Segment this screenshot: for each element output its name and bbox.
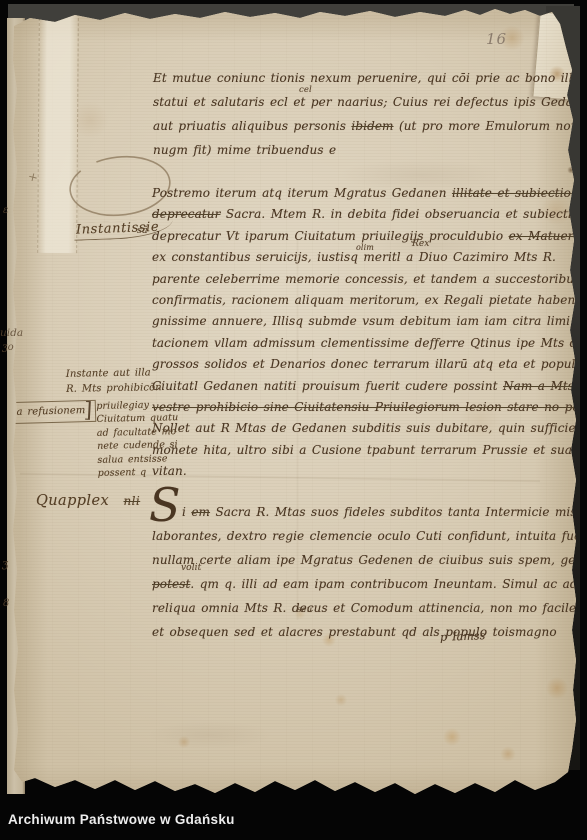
edge-text-fragment: ʒo <box>2 342 14 353</box>
manuscript-line: aut priuatis aliquibus personis ibidem (… <box>153 114 587 138</box>
interlinear-insertion: Rex <box>412 239 429 249</box>
line-segment: i <box>182 505 191 519</box>
strikethrough-text: nli <box>124 494 141 508</box>
manuscript-line: et obsequen sed et alacres prestabunt qd… <box>152 620 587 644</box>
line-segment: . qm q. illi ad eam ipam contribucom Ine… <box>190 577 577 591</box>
strikethrough-text: em <box>191 505 210 519</box>
margin-note-line: R. Mts prohibicōn <box>66 380 162 397</box>
line-segment: Sacra. Mtem R. in debita fidei obseruanc… <box>220 207 587 221</box>
margin-note-privileges: priuilegiay Ciuitatum quatu ad facultate… <box>96 398 179 480</box>
edge-text-fragment: 8 <box>3 598 9 609</box>
margin-note-line: Quapplex <box>36 493 109 509</box>
manuscript-line: i em Sacra R. Mtas suos fideles subditos… <box>152 500 587 524</box>
manuscript-line: tacionem vllam admissum clementissime de… <box>152 333 587 354</box>
manuscript-line: Ciuitatl Gedanen natiti prouisum fuerit … <box>152 376 587 397</box>
paragraph-2: Postremo iterum atq iterum Mgratus Gedan… <box>152 183 587 483</box>
line-segment: Sacra R. Mtas suos fideles subditos tant… <box>210 505 587 519</box>
margin-note-line: possent q <box>98 465 180 480</box>
interlinear-insertion: cel <box>299 85 312 95</box>
archival-scan: 16 Et mutue coniunc tionis nexum perueni… <box>0 0 587 840</box>
line-segment: Postremo iterum atq iterum Mgratus Gedan… <box>152 186 452 200</box>
manuscript-line: vitan. <box>152 461 587 482</box>
edge-text-fragment: uida <box>0 327 23 339</box>
manuscript-sheet: 16 Et mutue coniunc tionis nexum perueni… <box>0 0 587 840</box>
margin-note-refusionem-boxed: a refusionem <box>6 400 97 424</box>
manuscript-line: monete hita, ultro sibi a Cusione tpabun… <box>152 440 587 461</box>
strikethrough-text: ibidem <box>351 119 393 133</box>
manuscript-line: Postremo iterum atq iterum Mgratus Gedan… <box>152 183 587 204</box>
margin-note-line: nete cudende si <box>97 438 179 453</box>
manuscript-line: Nollet aut R Mtas de Gedanen subditis su… <box>152 418 587 439</box>
manuscript-line: gnissime annuere, Illisq submde vsum deb… <box>152 311 587 332</box>
manuscript-line: Et mutue coniunc tionis nexum peruenire,… <box>153 66 587 90</box>
edge-text-fragment: ɛ <box>3 205 8 216</box>
interlinear-insertion: volit <box>181 563 201 573</box>
interlinear-insertion: seu <box>297 605 312 615</box>
margin-note-line: Instante aut illa <box>66 365 162 382</box>
line-segment: Ciuitatl Gedanen natiti prouisum fuerit … <box>152 379 503 393</box>
manuscript-line: reliqua omnia Mts R. decus et Comodum at… <box>152 596 587 620</box>
manuscript-line: nullam certe aliam ipe Mgratus Gedenen d… <box>152 548 587 572</box>
line-segment: (ut pro more Emulorum non <box>394 119 579 133</box>
docket-signature: p Iamss <box>440 629 486 644</box>
manuscript-line: grossos solidos et Denarios donec terrar… <box>152 354 587 375</box>
folio-number: 16 <box>486 30 507 48</box>
archive-watermark: Archiwum Państwowe w Gdańsku <box>8 812 235 827</box>
manuscript-line: laborantes, dextro regie clemencie oculo… <box>152 524 587 548</box>
manuscript-line: potest. qm q. illi ad eam ipam contribuc… <box>152 572 587 596</box>
paragraph-1: Et mutue coniunc tionis nexum peruenire,… <box>153 66 587 162</box>
line-segment: aut priuatis aliquibus personis <box>153 119 351 133</box>
margin-note-instante: Instante aut illa R. Mts prohibicōn <box>66 365 162 397</box>
manuscript-line: nugm fit) mime tribuendus e <box>153 138 587 162</box>
strikethrough-text: potest <box>152 577 190 591</box>
margin-note-line: salua entsisse <box>97 452 179 467</box>
strikethrough-text: illitate et subiection <box>452 186 579 200</box>
margin-note-quapplex: Quapplex nli <box>36 493 140 509</box>
paragraph-3: i em Sacra R. Mtas suos fideles subditos… <box>152 500 587 644</box>
manuscript-line: confirmatis, racionem aliquam meritorum,… <box>152 290 587 311</box>
line-segment: deprecatur Vt iparum Ciuitatum priuilegi… <box>152 229 509 243</box>
strikethrough-text: ex Matuero <box>509 229 581 243</box>
manuscript-line: statui et salutaris ecl et per naarius; … <box>153 90 587 114</box>
strikethrough-line: vestre prohibicio sine Ciuitatensiu Priu… <box>152 397 587 418</box>
interlinear-insertion: olim <box>356 243 374 252</box>
manuscript-line: parente celeberrime memorie concessis, e… <box>152 269 587 290</box>
manuscript-line: deprecatur Sacra. Mtem R. in debita fide… <box>152 204 587 225</box>
edge-text-fragment: ʒ <box>2 557 8 570</box>
strikethrough-text: Nam a Mts <box>503 379 574 393</box>
